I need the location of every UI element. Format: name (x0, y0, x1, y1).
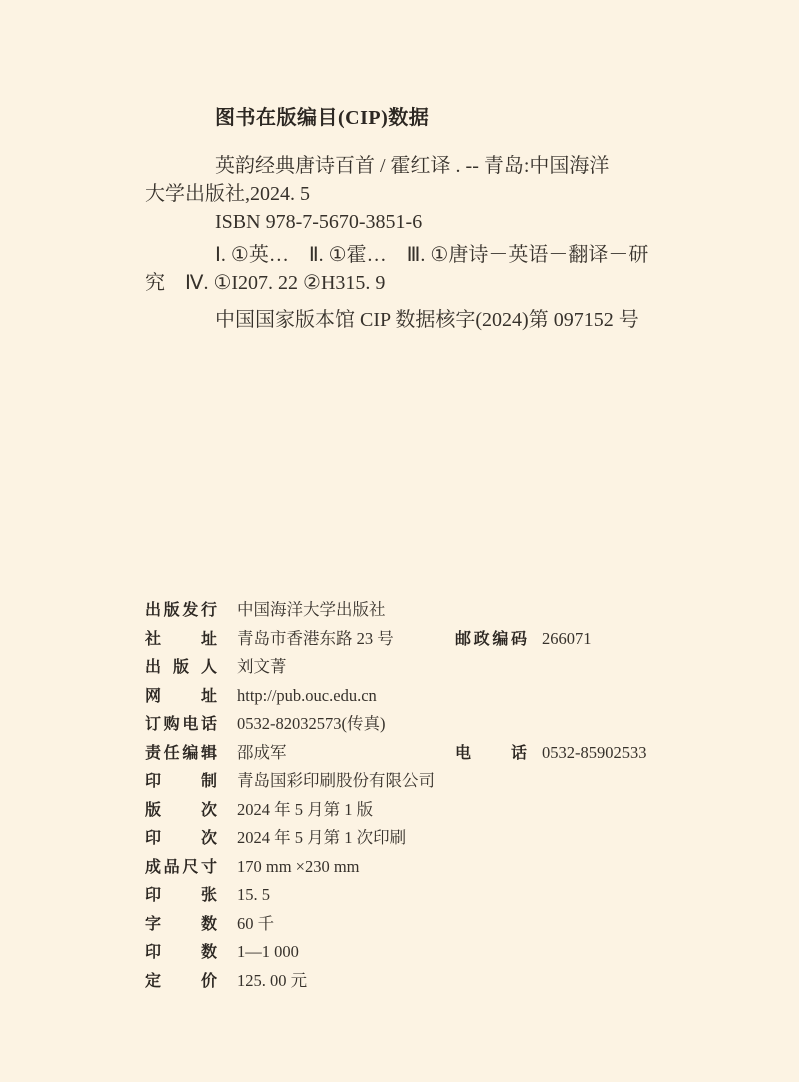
colophon-value: 青岛市香港东路 23 号 (237, 629, 394, 648)
cip-section: 图书在版编目(CIP)数据 英韵经典唐诗百首 / 霍红译 . -- 青岛:中国海… (145, 104, 690, 334)
cip-record-number: 中国国家版本馆 CIP 数据核字(2024)第 097152 号 (145, 306, 690, 334)
colophon-label: 网址 (145, 682, 217, 711)
colophon-value: 60 千 (237, 914, 274, 933)
colophon-label: 出版人 (145, 653, 217, 682)
colophon-row-printer: 印制青岛国彩印刷股份有限公司 (145, 767, 765, 796)
colophon-label: 责任编辑 (145, 739, 217, 768)
colophon-value: 邵成军 (237, 743, 287, 762)
colophon-label: 印次 (145, 824, 217, 853)
colophon-label: 印数 (145, 938, 217, 967)
colophon-value: 0532-82032573(传真) (237, 714, 385, 733)
colophon-value: 125. 00 元 (237, 971, 307, 990)
colophon-section: 出版发行中国海洋大学出版社 社址青岛市香港东路 23 号 邮政编码266071 … (145, 596, 765, 995)
colophon-value: 2024 年 5 月第 1 版 (237, 800, 373, 819)
phone-value: 0532-85902533 (542, 743, 647, 762)
colophon-row-publisher-person: 出版人刘文菁 (145, 653, 765, 682)
colophon-row-order-phone: 订购电话0532-82032573(传真) (145, 710, 765, 739)
editor-phone-group: 电话0532-85902533 (455, 739, 647, 768)
colophon-value: 刘文菁 (237, 657, 287, 676)
colophon-row-word-count: 字数60 千 (145, 910, 765, 939)
colophon-value: 170 mm ×230 mm (237, 857, 360, 876)
colophon-row-editor: 责任编辑邵成军 电话0532-85902533 (145, 739, 765, 768)
colophon-row-website: 网址http://pub.ouc.edu.cn (145, 682, 765, 711)
colophon-label: 成品尺寸 (145, 853, 217, 882)
postal-code-label: 邮政编码 (455, 625, 527, 654)
colophon-row-address: 社址青岛市香港东路 23 号 邮政编码266071 (145, 625, 765, 654)
colophon-row-trim-size: 成品尺寸170 mm ×230 mm (145, 853, 765, 882)
colophon-value: 青岛国彩印刷股份有限公司 (237, 771, 435, 790)
book-copyright-page: 图书在版编目(CIP)数据 英韵经典唐诗百首 / 霍红译 . -- 青岛:中国海… (0, 0, 799, 1082)
colophon-row-print-run: 印数1—1 000 (145, 938, 765, 967)
colophon-label: 出版发行 (145, 596, 217, 625)
cip-entry-line-1: 英韵经典唐诗百首 / 霍红译 . -- 青岛:中国海洋 (145, 152, 690, 180)
colophon-value: 1—1 000 (237, 942, 299, 961)
phone-label: 电话 (455, 739, 527, 768)
colophon-value: 中国海洋大学出版社 (237, 600, 386, 619)
cip-isbn: ISBN 978-7-5670-3851-6 (145, 208, 690, 236)
colophon-label: 印张 (145, 881, 217, 910)
colophon-label: 订购电话 (145, 710, 217, 739)
colophon-row-edition: 版次2024 年 5 月第 1 版 (145, 796, 765, 825)
colophon-label: 印制 (145, 767, 217, 796)
postal-code-value: 266071 (542, 629, 592, 648)
postal-code-group: 邮政编码266071 (455, 625, 592, 654)
colophon-row-publisher: 出版发行中国海洋大学出版社 (145, 596, 765, 625)
colophon-label: 字数 (145, 910, 217, 939)
colophon-label: 社址 (145, 625, 217, 654)
colophon-label: 版次 (145, 796, 217, 825)
colophon-row-impression: 印次2024 年 5 月第 1 次印刷 (145, 824, 765, 853)
colophon-row-price: 定价125. 00 元 (145, 967, 765, 996)
website-url: http://pub.ouc.edu.cn (237, 686, 377, 705)
colophon-value: 15. 5 (237, 885, 270, 904)
colophon-value: 2024 年 5 月第 1 次印刷 (237, 828, 406, 847)
cip-classification-line-2: 究 Ⅳ. ①I207. 22 ②H315. 9 (145, 269, 690, 297)
colophon-row-sheets: 印张15. 5 (145, 881, 765, 910)
cip-entry-line-2: 大学出版社,2024. 5 (145, 180, 690, 208)
cip-classification-line-1: Ⅰ. ①英… Ⅱ. ①霍… Ⅲ. ①唐诗－英语－翻译－研 (145, 241, 690, 269)
colophon-label: 定价 (145, 967, 217, 996)
cip-heading: 图书在版编目(CIP)数据 (145, 104, 690, 132)
